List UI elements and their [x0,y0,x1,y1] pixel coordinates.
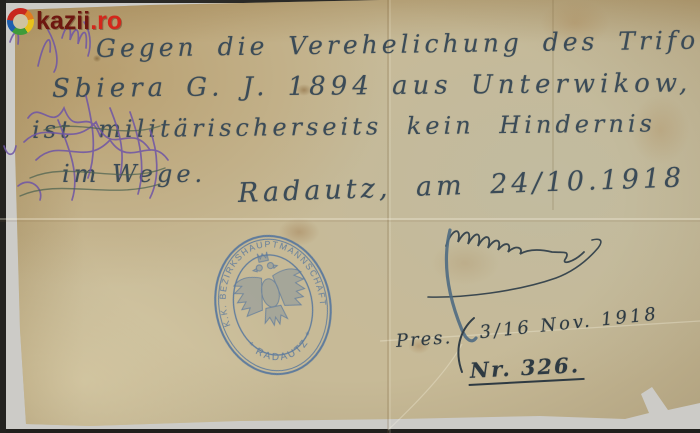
photo-frame: kazii.ro K.K. BEZIRKSHAUPTMANNSCHAFT * R… [0,0,700,433]
presented-label: Pres. [395,327,453,352]
handwritten-line-4: im Wege. [62,160,206,188]
okazii-brand-text: kazii.ro [36,7,122,36]
okazii-logo-icon [7,8,34,35]
okazii-watermark: kazii.ro [7,7,122,36]
brand-name: kazii [36,7,90,35]
handwritten-line-2: Sbiera G. J. 1894 aus Unterwikow, [52,68,693,104]
brand-tld: .ro [90,7,122,35]
presented-line: Pres. 3/16 Nov. 1918 [395,327,453,352]
